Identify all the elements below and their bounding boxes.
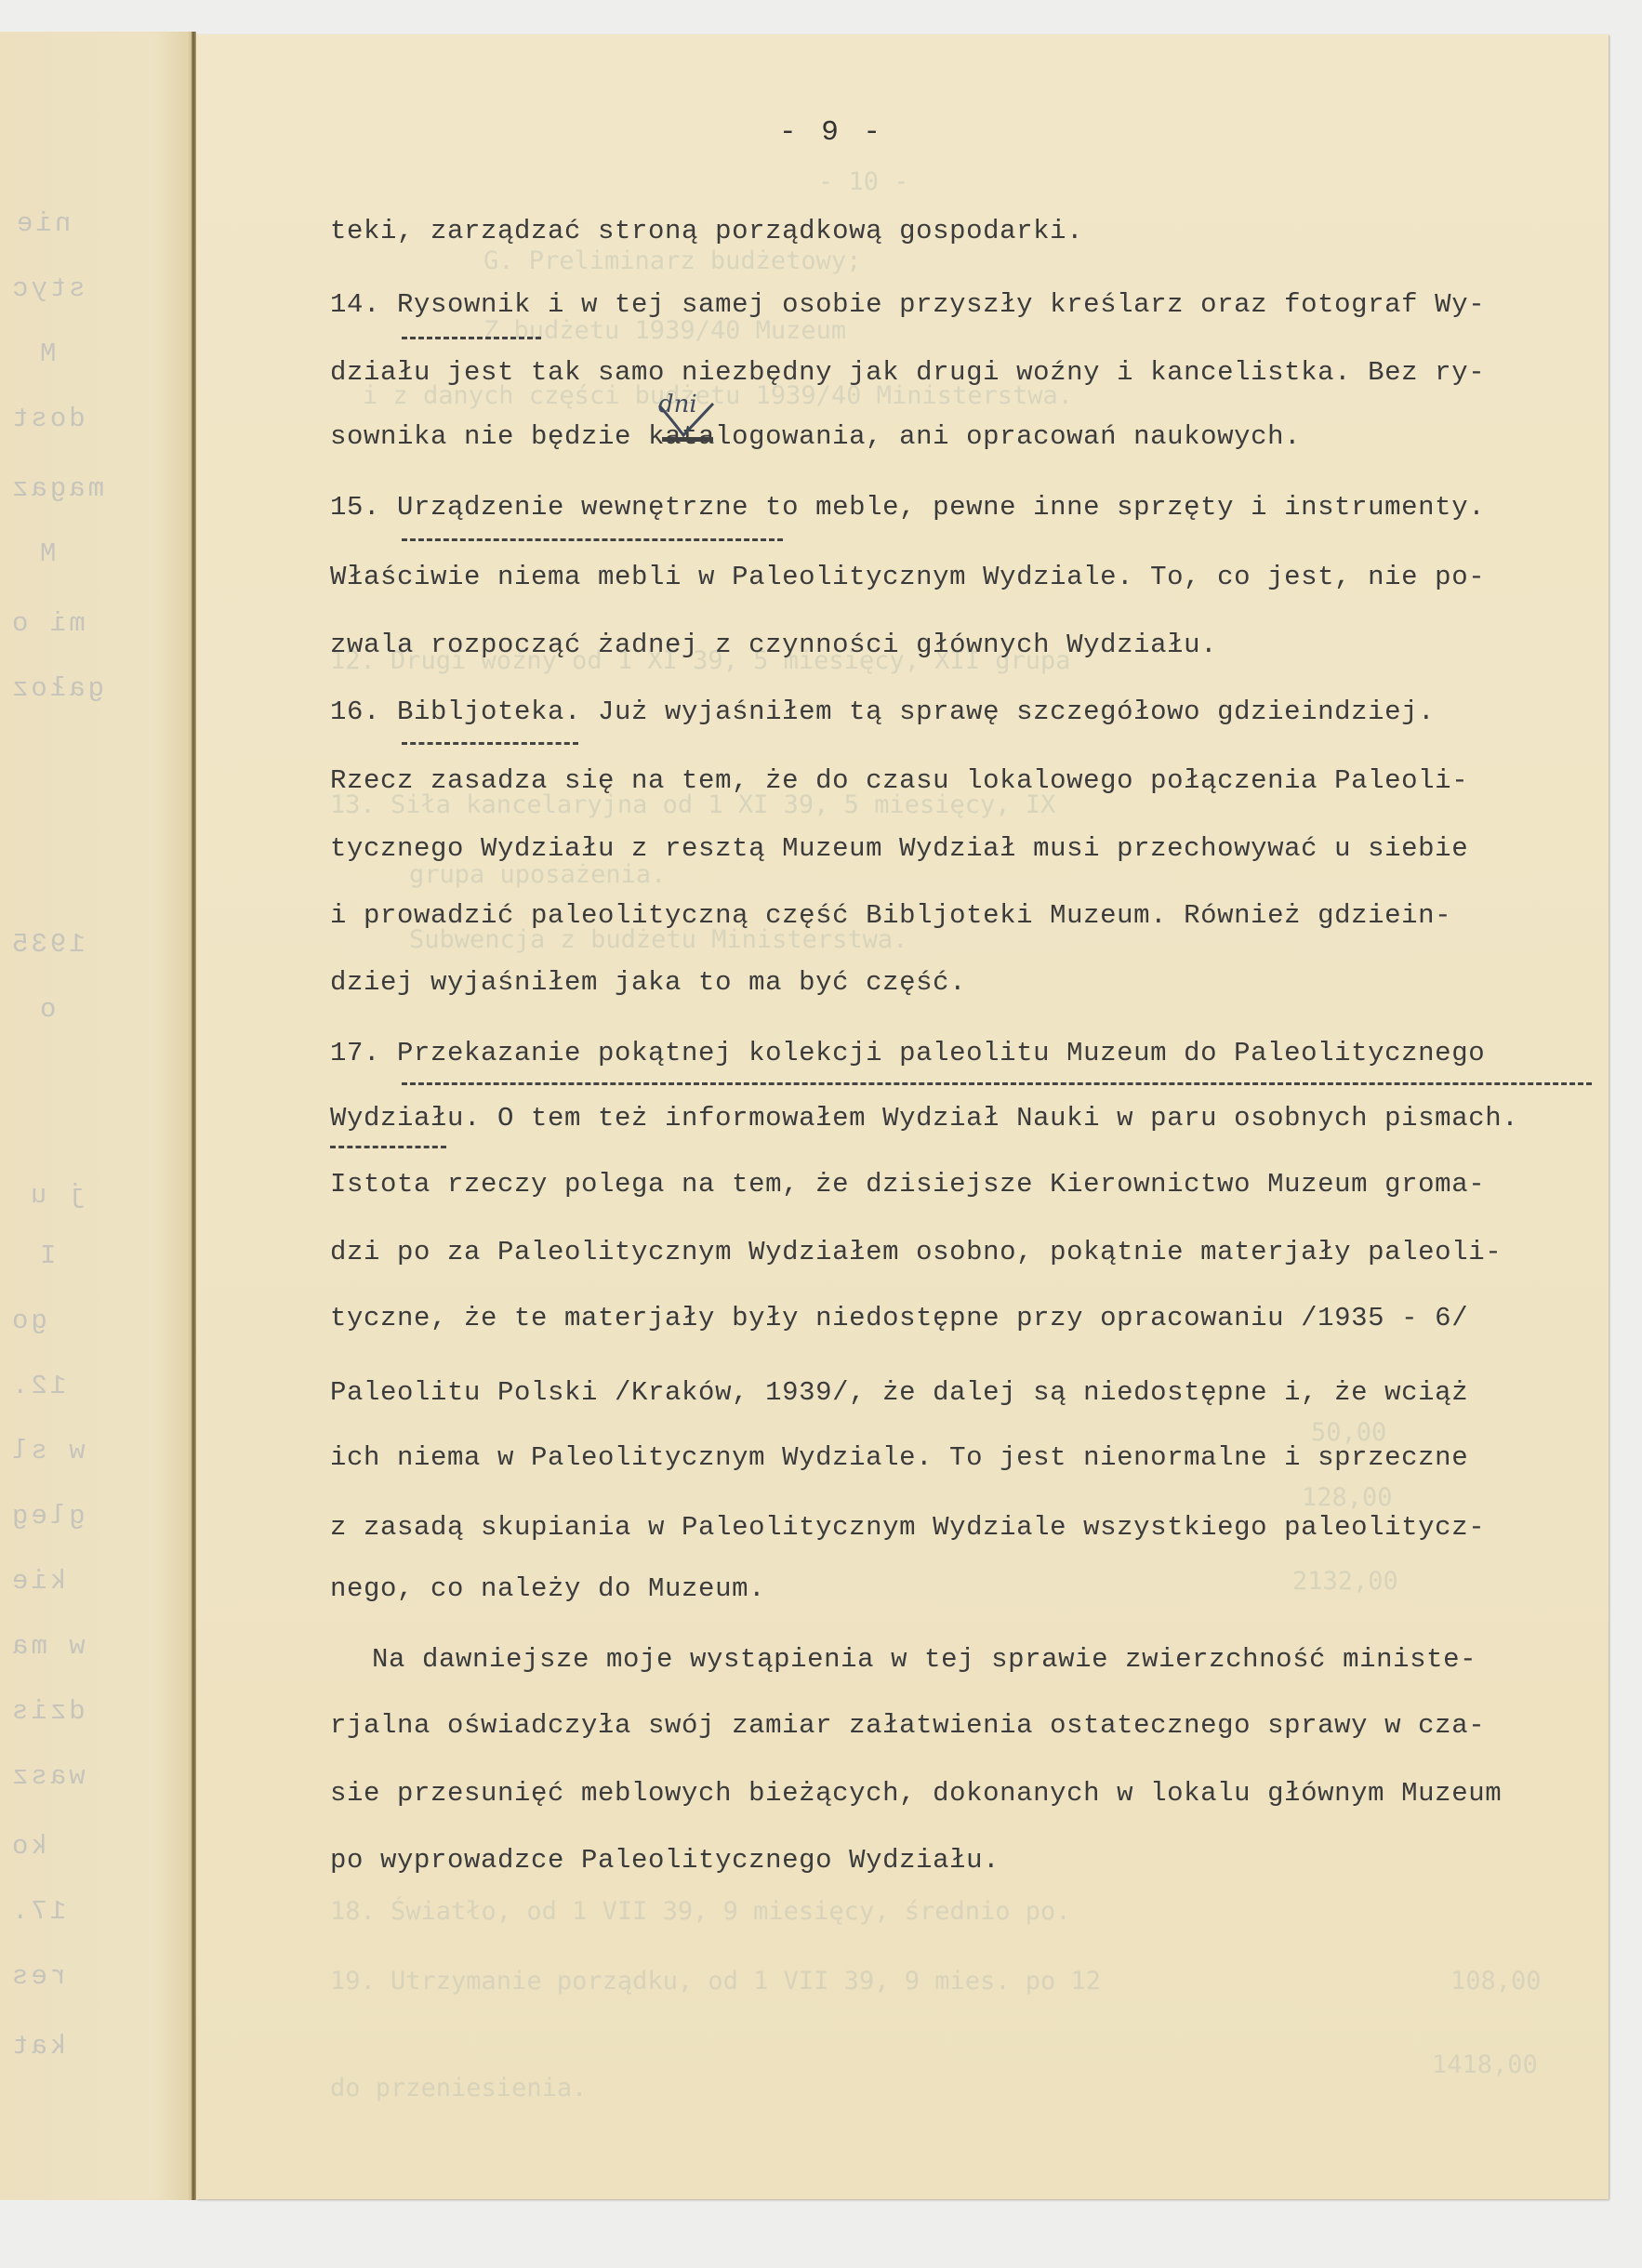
bleed-through-text: 12. [9,1371,66,1401]
text-line: Rzecz zasadza się na tem, że do czasu lo… [330,765,1468,797]
bleed-through-text: go [9,1306,47,1336]
section-17-heading-line: 17. Przekazanie pokątnej kolekcji paleol… [330,1038,1485,1069]
text-line: sie przesunięć meblowych bieżących, doko… [330,1778,1502,1810]
ghost-text: 1418,00 [1432,2050,1538,2079]
text-line: rjalna oświadczyła swój zamiar załatwien… [330,1710,1485,1742]
section-14-heading-line: 14. Rysownik i w tej samej osobie przysz… [330,289,1485,321]
ghost-text: G. Preliminarz budżetowy; [483,246,861,275]
bleed-through-text: M [37,538,56,569]
text-line: tycznego Wydziału z resztą Muzeum Wydzia… [330,833,1468,865]
struck-out-word [662,424,713,442]
paragraph-start-line: Na dawniejsze moje wystąpienia w tej spr… [372,1644,1476,1676]
ghost-text: 128,00 [1302,1483,1393,1512]
underline [402,1082,1592,1085]
text-line: Istota rzeczy polega na tem, że dzisiejs… [330,1169,1485,1200]
bleed-through-text: o [37,994,56,1025]
bleed-through-text: res [9,1961,66,1992]
text-line: Wydziału. O tem też informowałem Wydział… [330,1103,1518,1134]
previous-page-edge: nie styc M dost magaz M mi o gałoz 1935 … [0,32,193,2200]
section-15-heading-line: 15. Urządzenie wewnętrzne to meble, pewn… [330,492,1485,524]
text-line: Paleolitu Polski /Kraków, 1939/, że dale… [330,1377,1468,1409]
bleed-through-text: gleg [9,1501,86,1532]
bleed-through-text: w sl [9,1436,86,1466]
bleed-through-text: kie [9,1566,66,1597]
text-line: sownika nie będzie katalogowania, ani op… [330,421,1301,453]
text-line: tyczne, że te materjały były niedostępne… [330,1303,1468,1334]
bleed-through-text: gałoz [9,673,104,704]
text-line: ich niema w Paleolitycznym Wydziale. To … [330,1442,1468,1474]
bleed-through-text: 17. [9,1896,66,1927]
bleed-through-text: I [37,1240,56,1271]
text-line: zwala rozpocząć żadnej z czynności główn… [330,630,1217,661]
text-line: działu jest tak samo niezbędny jak drugi… [330,357,1485,389]
ghost-text: 2132,00 [1292,1567,1398,1596]
text-line: dziej wyjaśniłem jaka to ma być część. [330,967,966,999]
text-line: dzi po za Paleolitycznym Wydziałem osobn… [330,1237,1502,1268]
text-line: teki, zarządzać stroną porządkową gospod… [330,216,1083,247]
underline [330,1146,446,1148]
text-line: nego, co należy do Muzeum. [330,1573,765,1605]
ghost-text: 19. Utrzymanie porządku, od 1 VII 39, 9 … [330,1967,1101,1996]
ghost-text: - 10 - [818,167,909,196]
bleed-through-text: nie [14,208,71,239]
underline [402,538,783,541]
text-line: po wyprowadzce Paleolitycznego Wydziału. [330,1845,1000,1877]
bleed-through-text: styc [9,273,86,304]
bleed-through-text: mi o [9,608,86,639]
bleed-through-text: 1935 [9,929,86,960]
bleed-through-text: dost [9,404,86,434]
section-16-heading-line: 16. Bibljoteka. Już wyjaśniłem tą sprawę… [330,696,1435,728]
bleed-through-text: ko [9,1831,47,1862]
text-line: Właściwie niema mebli w Paleolitycznym W… [330,562,1485,593]
bleed-through-text: j u [28,1180,85,1211]
ghost-text: 108,00 [1450,1967,1542,1996]
page-number: - 9 - [779,116,884,149]
bleed-through-text: magaz [9,473,104,504]
bleed-through-text: M [37,338,56,369]
bleed-through-text: kat [9,2031,66,2062]
underline [402,742,578,745]
bleed-through-text: w ma [9,1631,86,1662]
bleed-through-text: wasz [9,1761,86,1792]
text-line: i prowadzić paleolityczną część Bibljote… [330,900,1451,932]
ghost-text: do przeniesienia. [330,2074,587,2102]
text-line: z zasadą skupiania w Paleolitycznym Wydz… [330,1512,1485,1544]
ghost-text: 18. Światło, od 1 VII 39, 9 miesięcy, śr… [330,1897,1071,1926]
underline [402,337,541,339]
bleed-through-text: dzis [9,1696,86,1727]
